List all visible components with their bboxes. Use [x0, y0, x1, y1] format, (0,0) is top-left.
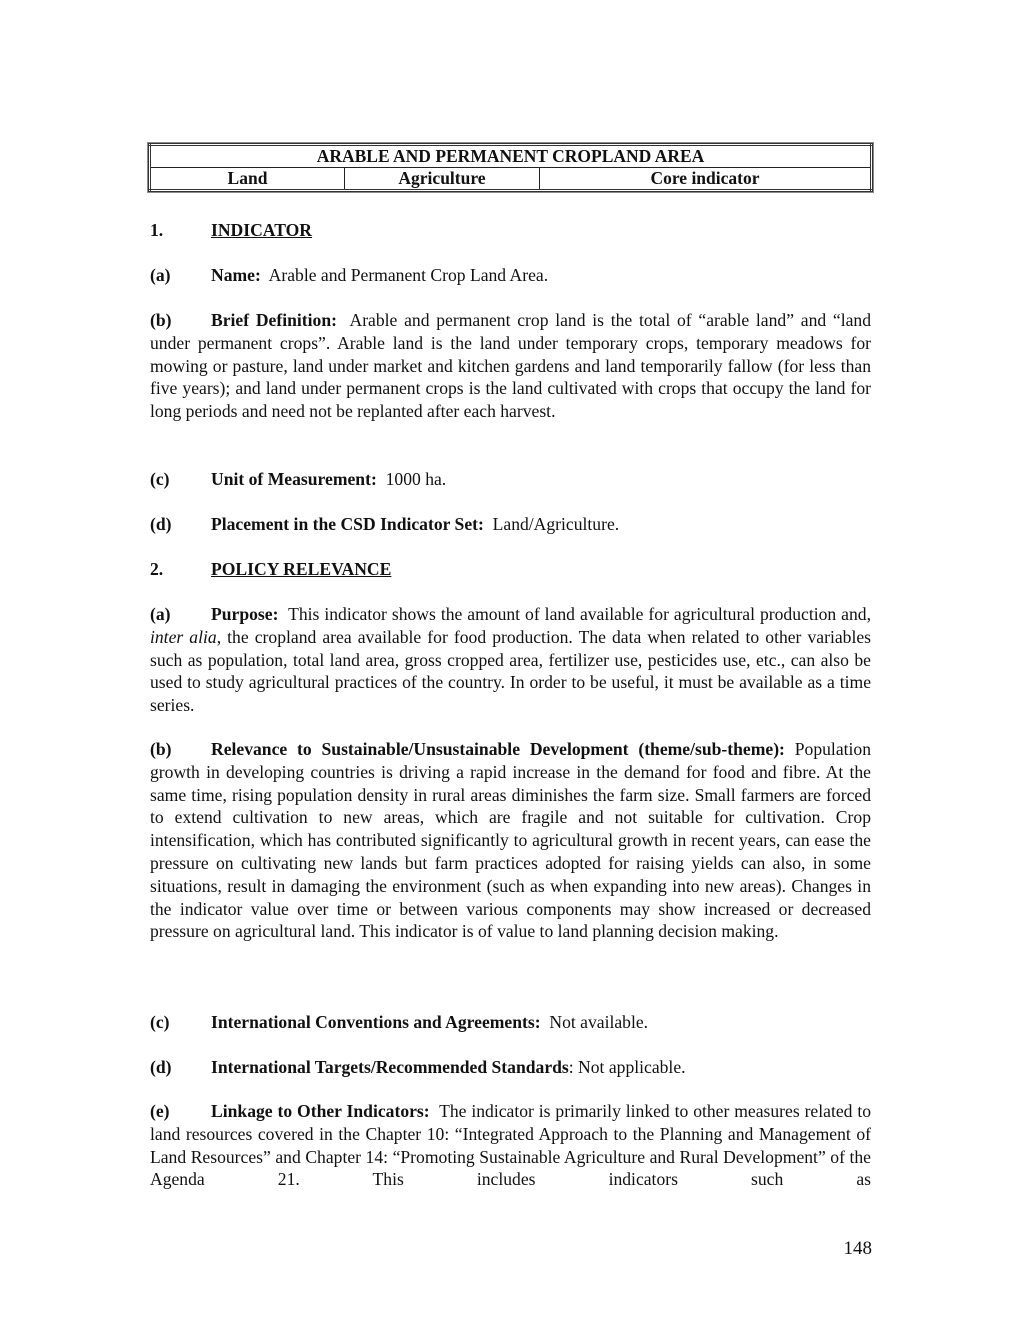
item-term: Name:: [211, 265, 261, 285]
table-cell-theme: Land: [150, 168, 345, 191]
item-text: Arable and Permanent Crop Land Area.: [269, 265, 548, 285]
item-label: (b): [150, 309, 211, 332]
item-term: Relevance to Sustainable/Unsustainable D…: [211, 739, 785, 759]
section-2-heading: 2.POLICY RELEVANCE: [150, 558, 871, 581]
table-cell-subtheme: Agriculture: [345, 168, 540, 191]
table-cell-indicator-type: Core indicator: [540, 168, 872, 191]
item-text: : Not applicable.: [569, 1057, 686, 1077]
section-number: 1.: [150, 219, 211, 242]
item-label: (d): [150, 513, 211, 536]
section-1-heading: 1.INDICATOR: [150, 219, 871, 242]
item-text: Population growth in developing countrie…: [150, 739, 871, 941]
table-title: ARABLE AND PERMANENT CROPLAND AREA: [150, 145, 872, 168]
item-label: (e): [150, 1100, 211, 1123]
item-term: Purpose:: [211, 604, 278, 624]
item-label: (c): [150, 1011, 211, 1034]
placement-in-indicator-set: (d)Placement in the CSD Indicator Set: L…: [150, 513, 871, 536]
item-text: This indicator shows the amount of land …: [288, 604, 871, 624]
item-term: International Targets/Recommended Standa…: [211, 1057, 569, 1077]
section-title: POLICY RELEVANCE: [211, 559, 391, 579]
item-text: 1000 ha.: [386, 469, 447, 489]
item-term: Brief Definition:: [211, 310, 337, 330]
item-label: (b): [150, 738, 211, 761]
item-label: (a): [150, 603, 211, 626]
brief-definition: (b)Brief Definition: Arable and permanen…: [150, 309, 871, 423]
linkage-to-other-indicators: (e)Linkage to Other Indicators: The indi…: [150, 1100, 871, 1191]
purpose: (a)Purpose: This indicator shows the amo…: [150, 603, 871, 717]
item-text: Not available.: [549, 1012, 648, 1032]
item-label: (a): [150, 264, 211, 287]
item-term: Linkage to Other Indicators:: [211, 1101, 430, 1121]
international-conventions: (c)International Conventions and Agreeme…: [150, 1011, 871, 1034]
item-label: (d): [150, 1056, 211, 1079]
item-label: (c): [150, 468, 211, 491]
item-term: Unit of Measurement:: [211, 469, 377, 489]
item-term: Placement in the CSD Indicator Set:: [211, 514, 484, 534]
item-text: Land/Agriculture.: [493, 514, 620, 534]
item-text-italic: inter alia: [150, 627, 217, 647]
page-number: 148: [820, 1238, 872, 1260]
section-title: INDICATOR: [211, 220, 312, 240]
indicator-name: (a)Name: Arable and Permanent Crop Land …: [150, 264, 871, 287]
section-number: 2.: [150, 558, 211, 581]
relevance-to-sustainable-development: (b)Relevance to Sustainable/Unsustainabl…: [150, 738, 871, 943]
item-text: , the cropland area available for food p…: [150, 627, 871, 715]
indicator-header-table: ARABLE AND PERMANENT CROPLAND AREA Land …: [148, 143, 873, 192]
international-targets: (d)International Targets/Recommended Sta…: [150, 1056, 871, 1079]
unit-of-measurement: (c)Unit of Measurement: 1000 ha.: [150, 468, 871, 491]
item-term: International Conventions and Agreements…: [211, 1012, 541, 1032]
